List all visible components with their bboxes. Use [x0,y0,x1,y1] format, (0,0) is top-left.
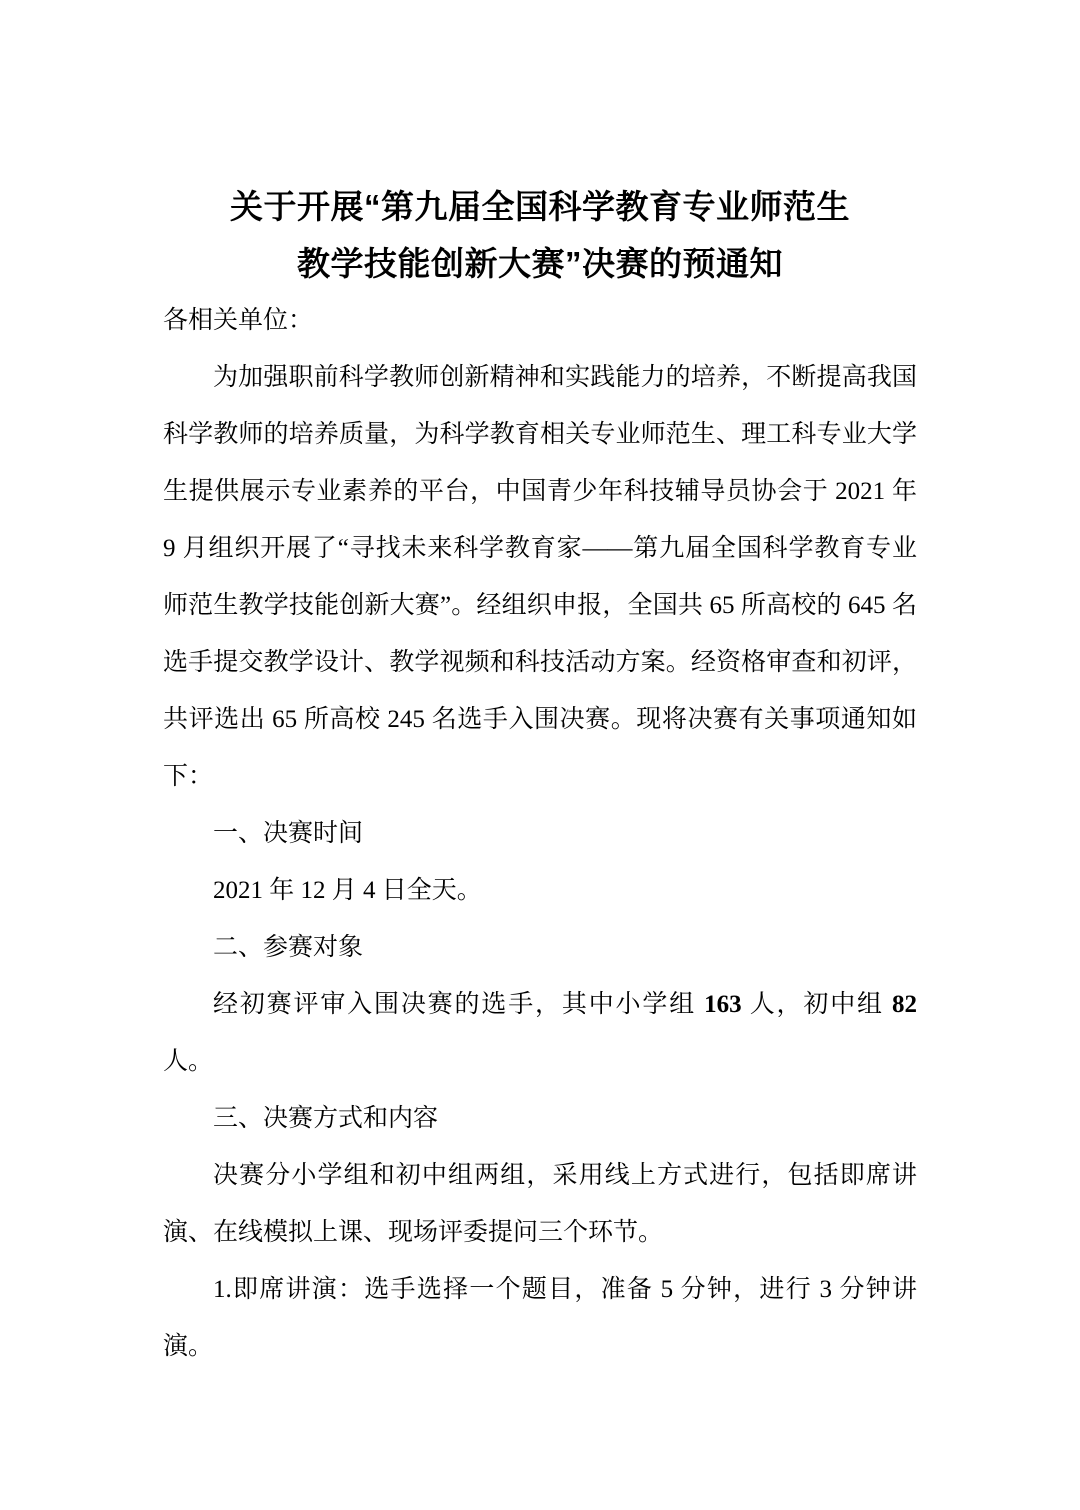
text-run: 决赛分小学组和初中组两组，采用线上方式进行，包括即席讲演、在线模拟上课、现场评委… [163,1162,917,1246]
text-run: 各相关单位： [163,307,313,334]
text-run: 1.即席讲演：选手选择一个题目，准备 5 分钟，进行 3 分钟讲演。 [163,1276,917,1360]
text-run: 2021 年 12 月 4 日全天。 [213,877,482,904]
paragraph: 三、决赛方式和内容 [163,1090,917,1147]
text-run: 二、参赛对象 [213,934,363,961]
document-page: 关于开展“第九届全国科学教育专业师范生 教学技能创新大赛”决赛的预通知 各相关单… [0,0,1080,1510]
title-line-2: 教学技能创新大赛”决赛的预通知 [163,235,917,292]
paragraph: 1.即席讲演：选手选择一个题目，准备 5 分钟，进行 3 分钟讲演。 [163,1261,917,1375]
bold-number: 163 [704,991,742,1018]
text-run: 经初赛评审入围决赛的选手，其中小学组 [213,991,704,1018]
title-line-1: 关于开展“第九届全国科学教育专业师范生 [163,178,917,235]
paragraph: 为加强职前科学教师创新精神和实践能力的培养，不断提高我国科学教师的培养质量，为科… [163,349,917,805]
notice-document: 关于开展“第九届全国科学教育专业师范生 教学技能创新大赛”决赛的预通知 各相关单… [163,178,917,1375]
paragraph: 经初赛评审入围决赛的选手，其中小学组 163 人，初中组 82 人。 [163,976,917,1090]
paragraph: 一、决赛时间 [163,805,917,862]
paragraph: 二、参赛对象 [163,919,917,976]
text-run: 一、决赛时间 [213,820,363,847]
bold-number: 82 [892,991,917,1018]
text-run: 人，初中组 [742,991,892,1018]
document-body: 各相关单位：为加强职前科学教师创新精神和实践能力的培养，不断提高我国科学教师的培… [163,292,917,1375]
document-title: 关于开展“第九届全国科学教育专业师范生 教学技能创新大赛”决赛的预通知 [163,178,917,292]
paragraph: 各相关单位： [163,292,917,349]
text-run: 人。 [163,1048,213,1075]
paragraph: 2021 年 12 月 4 日全天。 [163,862,917,919]
paragraph: 决赛分小学组和初中组两组，采用线上方式进行，包括即席讲演、在线模拟上课、现场评委… [163,1147,917,1261]
text-run: 为加强职前科学教师创新精神和实践能力的培养，不断提高我国科学教师的培养质量，为科… [163,364,917,790]
text-run: 三、决赛方式和内容 [213,1105,438,1132]
